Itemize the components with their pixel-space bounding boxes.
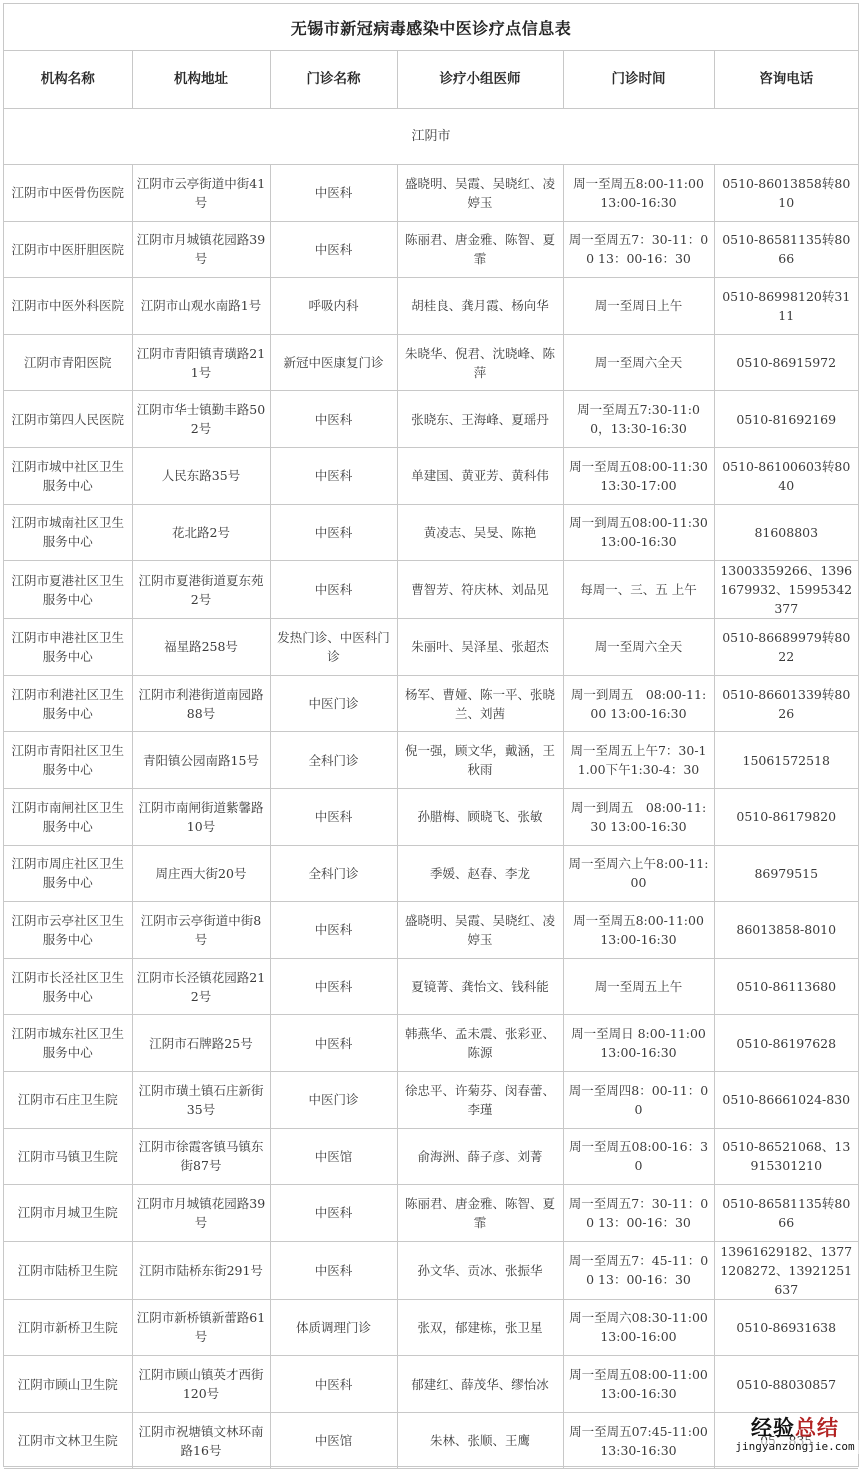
cell-institution-address: 江阴市璜土镇石庄新街35号: [132, 1071, 270, 1128]
cell-institution-name: 江阴市陆桥卫生院: [4, 1241, 132, 1299]
cell-phone: 0510-86197628: [714, 1015, 858, 1072]
header-institution-address: 机构地址: [132, 51, 270, 109]
cell-clinic-hours: 周一至周六上午8:00-11:00: [563, 845, 714, 902]
cell-institution-name: 江阴市石庄卫生院: [4, 1071, 132, 1128]
cell-clinic-name: 中医门诊: [270, 675, 397, 732]
cell-institution-name: 江阴市长泾社区卫生服务中心: [4, 958, 132, 1015]
cell-doctors: 盛晓明、吴霞、吴晓红、凌婷玉: [397, 165, 563, 222]
table-row: 江阴市青阳社区卫生服务中心青阳镇公园南路15号全科门诊倪一强，顾文华，戴涵，王秋…: [4, 732, 858, 789]
cell-institution-name: 江阴市青阳社区卫生服务中心: [4, 732, 132, 789]
cell-phone: 0510-88030857: [714, 1356, 858, 1413]
cell-doctors: 张晓东、王海峰、夏瑶丹: [397, 391, 563, 448]
cell-clinic-name: 中医馆: [270, 1412, 397, 1469]
cell-institution-name: 江阴市青阳医院: [4, 334, 132, 391]
cell-clinic-hours: 周一至周五上午7：30-11.00下午1:30-4：30: [563, 732, 714, 789]
cell-institution-address: 周庄西大街20号: [132, 845, 270, 902]
cell-clinic-hours: 周一到周五 08:00-11:30 13:00-16:30: [563, 788, 714, 845]
header-doctors: 诊疗小组医师: [397, 51, 563, 109]
cell-institution-address: 江阴市南闸街道紫馨路10号: [132, 788, 270, 845]
cell-institution-name: 江阴市云亭社区卫生服务中心: [4, 902, 132, 959]
cell-clinic-name: 全科门诊: [270, 845, 397, 902]
cell-clinic-hours: 周一至周四8：00-11：00: [563, 1071, 714, 1128]
cell-phone: 0510-86931638: [714, 1299, 858, 1356]
cell-clinic-hours: 周一至周五7:30-11:00，13:30-16:30: [563, 391, 714, 448]
cell-clinic-name: 中医科: [270, 1015, 397, 1072]
cell-institution-name: 江阴市第四人民医院: [4, 391, 132, 448]
cell-doctors: 朱林、张顺、王鹰: [397, 1412, 563, 1469]
cell-clinic-name: 中医科: [270, 504, 397, 561]
table-row: 江阴市利港社区卫生服务中心江阴市利港街道南园路88号中医门诊杨军、曹娅、陈一平、…: [4, 675, 858, 732]
cell-doctors: 朱丽叶、吴泽星、张超杰: [397, 619, 563, 676]
table-row: 江阴市中医外科医院江阴市山观水南路1号呼吸内科胡桂良、龚月霞、杨向华周一至周日上…: [4, 278, 858, 335]
cell-institution-address: 江阴市夏港街道夏东苑2号: [132, 561, 270, 619]
cell-doctors: 倪一强，顾文华，戴涵，王秋雨: [397, 732, 563, 789]
cell-institution-address: 江阴市云亭街道中街8号: [132, 902, 270, 959]
cell-doctors: 黄凌志、吴旻、陈艳: [397, 504, 563, 561]
cell-institution-address: 江阴市顾山镇英才西街120号: [132, 1356, 270, 1413]
cell-clinic-name: 中医科: [270, 221, 397, 278]
cell-doctors: 俞海洲、薛子彦、刘菁: [397, 1128, 563, 1185]
header-institution-name: 机构名称: [4, 51, 132, 109]
cell-doctors: 韩燕华、孟未震、张彩亚、陈源: [397, 1015, 563, 1072]
header-row: 机构名称 机构地址 门诊名称 诊疗小组医师 门诊时间 咨询电话: [4, 51, 858, 109]
cell-doctors: 徐忠平、许菊芬、闵春蕾、李瑾: [397, 1071, 563, 1128]
cell-doctors: 陈丽君、唐金雅、陈智、夏霏: [397, 1185, 563, 1242]
cell-phone: 13961629182、13771208272、13921251637: [714, 1241, 858, 1299]
table-row: 江阴市南闸社区卫生服务中心江阴市南闸街道紫馨路10号中医科孙腊梅、顾晓飞、张敏周…: [4, 788, 858, 845]
cell-doctors: 季媛、赵春、李龙: [397, 845, 563, 902]
cell-institution-name: 江阴市夏港社区卫生服务中心: [4, 561, 132, 619]
cell-institution-name: 江阴市城南社区卫生服务中心: [4, 504, 132, 561]
cell-clinic-name: 呼吸内科: [270, 278, 397, 335]
cell-institution-address: 江阴市月城镇花园路39号: [132, 1185, 270, 1242]
cell-clinic-name: 中医科: [270, 1241, 397, 1299]
cell-institution-address: 人民东路35号: [132, 447, 270, 504]
table-row: 江阴市月城卫生院江阴市月城镇花园路39号中医科陈丽君、唐金雅、陈智、夏霏周一至周…: [4, 1185, 858, 1242]
cell-doctors: 孙腊梅、顾晓飞、张敏: [397, 788, 563, 845]
cell-institution-address: 江阴市祝塘镇文林环南路16号: [132, 1412, 270, 1469]
cell-institution-name: 江阴市南闸社区卫生服务中心: [4, 788, 132, 845]
cell-clinic-name: 全科门诊: [270, 732, 397, 789]
cell-phone: 0510-86100603转8040: [714, 447, 858, 504]
cell-clinic-name: 中医门诊: [270, 1071, 397, 1128]
table-row: 江阴市城中社区卫生服务中心人民东路35号中医科单建国、黄亚芳、黄科伟周一至周五0…: [4, 447, 858, 504]
cell-phone: 0510-86581135转8066: [714, 1185, 858, 1242]
cell-phone: 0510-86915972: [714, 334, 858, 391]
cell-clinic-name: 中医科: [270, 902, 397, 959]
cell-institution-address: 江阴市月城镇花园路39号: [132, 221, 270, 278]
cell-doctors: 曹智芳、符庆林、刘品见: [397, 561, 563, 619]
cell-institution-name: 江阴市文林卫生院: [4, 1412, 132, 1469]
cell-doctors: 夏镜菁、龚怡文、钱科能: [397, 958, 563, 1015]
cell-clinic-hours: 周一至周五08:00-16：30: [563, 1128, 714, 1185]
cell-phone: 0510-86601339转8026: [714, 675, 858, 732]
cell-phone: 0510-86581135转8066: [714, 221, 858, 278]
document-title: 无锡市新冠病毒感染中医诊疗点信息表: [4, 4, 858, 51]
cell-institution-name: 江阴市城东社区卫生服务中心: [4, 1015, 132, 1072]
cell-institution-name: 江阴市利港社区卫生服务中心: [4, 675, 132, 732]
cell-institution-address: 花北路2号: [132, 504, 270, 561]
cell-phone: 0510-86113680: [714, 958, 858, 1015]
cell-institution-address: 江阴市青阳镇青璜路211号: [132, 334, 270, 391]
table-row: 江阴市城南社区卫生服务中心花北路2号中医科黄凌志、吴旻、陈艳周一到周五08:00…: [4, 504, 858, 561]
cell-clinic-name: 中医科: [270, 958, 397, 1015]
info-sheet: 无锡市新冠病毒感染中医诊疗点信息表 机构名称 机构地址 门诊名称 诊疗小组医师 …: [3, 3, 859, 1467]
cell-phone: 0510-86521068、13915301210: [714, 1128, 858, 1185]
table-row: 江阴市第四人民医院江阴市华士镇勤丰路502号中医科张晓东、王海峰、夏瑶丹周一至周…: [4, 391, 858, 448]
cell-clinic-name: 中医馆: [270, 1128, 397, 1185]
cell-clinic-name: 中医科: [270, 1356, 397, 1413]
cell-institution-name: 江阴市周庄社区卫生服务中心: [4, 845, 132, 902]
cell-clinic-hours: 周一到周五08:00-11:30 13:00-16:30: [563, 504, 714, 561]
cell-institution-name: 江阴市申港社区卫生服务中心: [4, 619, 132, 676]
cell-phone: 81608803: [714, 504, 858, 561]
cell-clinic-name: 新冠中医康复门诊: [270, 334, 397, 391]
table-row: 江阴市云亭社区卫生服务中心江阴市云亭街道中街8号中医科盛晓明、吴霞、吴晓红、凌婷…: [4, 902, 858, 959]
cell-phone: 0510-86661024-830: [714, 1071, 858, 1128]
cell-clinic-name: 体质调理门诊: [270, 1299, 397, 1356]
cell-phone: 0510-81692169: [714, 391, 858, 448]
cell-institution-address: 青阳镇公园南路15号: [132, 732, 270, 789]
table-row: 江阴市新桥卫生院江阴市新桥镇新蕾路61号体质调理门诊张双，郁建栋，张卫星周一至周…: [4, 1299, 858, 1356]
table-row: 江阴市长泾社区卫生服务中心江阴市长泾镇花园路212号中医科夏镜菁、龚怡文、钱科能…: [4, 958, 858, 1015]
cell-phone: 0510-86998120转3111: [714, 278, 858, 335]
cell-institution-address: 江阴市陆桥东街291号: [132, 1241, 270, 1299]
table-row: 江阴市青阳医院江阴市青阳镇青璜路211号新冠中医康复门诊朱晓华、倪君、沈晓峰、陈…: [4, 334, 858, 391]
cell-institution-address: 江阴市新桥镇新蕾路61号: [132, 1299, 270, 1356]
table-row: 江阴市马镇卫生院江阴市徐霞客镇马镇东街87号中医馆俞海洲、薛子彦、刘菁周一至周五…: [4, 1128, 858, 1185]
cell-doctors: 胡桂良、龚月霞、杨向华: [397, 278, 563, 335]
cell-phone: 15061572518: [714, 732, 858, 789]
cell-clinic-hours: 周一至周五08:00-11:30 13:30-17:00: [563, 447, 714, 504]
cell-institution-address: 江阴市长泾镇花园路212号: [132, 958, 270, 1015]
cell-clinic-hours: 周一至周五8:00-11:00 13:00-16:30: [563, 165, 714, 222]
cell-clinic-hours: 周一至周五07:45-11:00 13:30-16:30: [563, 1412, 714, 1469]
table-row: 江阴市陆桥卫生院江阴市陆桥东街291号中医科孙文华、贡冰、张振华周一至周五7：4…: [4, 1241, 858, 1299]
cell-clinic-hours: 周一至周日 8:00-11:00 13:00-16:30: [563, 1015, 714, 1072]
cell-clinic-name: 发热门诊、中医科门诊: [270, 619, 397, 676]
section-row: 江阴市: [4, 109, 858, 165]
cell-institution-name: 江阴市中医肝胆医院: [4, 221, 132, 278]
cell-doctors: 孙文华、贡冰、张振华: [397, 1241, 563, 1299]
cell-institution-address: 江阴市山观水南路1号: [132, 278, 270, 335]
cell-clinic-name: 中医科: [270, 391, 397, 448]
cell-institution-address: 江阴市利港街道南园路88号: [132, 675, 270, 732]
cell-phone: 13003359266、13961679932、15995342377: [714, 561, 858, 619]
cell-institution-name: 江阴市中医外科医院: [4, 278, 132, 335]
table-row: 江阴市顾山卫生院江阴市顾山镇英才西街120号中医科郁建红、薛茂华、缪怡冰周一至周…: [4, 1356, 858, 1413]
cell-institution-address: 江阴市石牌路25号: [132, 1015, 270, 1072]
cell-institution-name: 江阴市城中社区卫生服务中心: [4, 447, 132, 504]
clinic-table: 机构名称 机构地址 门诊名称 诊疗小组医师 门诊时间 咨询电话 江阴市 江阴市中…: [4, 51, 858, 1469]
cell-clinic-hours: 周一到周五 08:00-11:00 13:00-16:30: [563, 675, 714, 732]
cell-clinic-hours: 周一至周五08:00-11:00 13:00-16:30: [563, 1356, 714, 1413]
cell-institution-name: 江阴市新桥卫生院: [4, 1299, 132, 1356]
cell-clinic-hours: 周一至周五上午: [563, 958, 714, 1015]
cell-clinic-hours: 周一至周六全天: [563, 334, 714, 391]
cell-doctors: 盛晓明、吴霞、吴晓红、凌婷玉: [397, 902, 563, 959]
table-row: 江阴市中医肝胆医院江阴市月城镇花园路39号中医科陈丽君、唐金雅、陈智、夏霏周一至…: [4, 221, 858, 278]
cell-phone: 86979515: [714, 845, 858, 902]
cell-phone: 0510-86689979转8022: [714, 619, 858, 676]
table-row: 江阴市夏港社区卫生服务中心江阴市夏港街道夏东苑2号中医科曹智芳、符庆林、刘品见每…: [4, 561, 858, 619]
cell-institution-name: 江阴市月城卫生院: [4, 1185, 132, 1242]
cell-phone: 0510-86013858转8010: [714, 165, 858, 222]
header-phone: 咨询电话: [714, 51, 858, 109]
cell-clinic-hours: 周一至周日上午: [563, 278, 714, 335]
table-row: 江阴市周庄社区卫生服务中心周庄西大街20号全科门诊季媛、赵春、李龙周一至周六上午…: [4, 845, 858, 902]
header-clinic-name: 门诊名称: [270, 51, 397, 109]
header-clinic-hours: 门诊时间: [563, 51, 714, 109]
cell-doctors: 陈丽君、唐金雅、陈智、夏霏: [397, 221, 563, 278]
cell-institution-address: 江阴市华士镇勤丰路502号: [132, 391, 270, 448]
cell-institution-address: 江阴市徐霞客镇马镇东街87号: [132, 1128, 270, 1185]
cell-doctors: 张双，郁建栋，张卫星: [397, 1299, 563, 1356]
table-row: 江阴市文林卫生院江阴市祝塘镇文林环南路16号中医馆朱林、张顺、王鹰周一至周五07…: [4, 1412, 858, 1469]
cell-doctors: 单建国、黄亚芳、黄科伟: [397, 447, 563, 504]
cell-clinic-hours: 周一至周六08:30-11:00 13:00-16:00: [563, 1299, 714, 1356]
cell-phone: 86013858-8010: [714, 902, 858, 959]
cell-institution-name: 江阴市中医骨伤医院: [4, 165, 132, 222]
cell-clinic-name: 中医科: [270, 165, 397, 222]
table-row: 江阴市申港社区卫生服务中心福星路258号发热门诊、中医科门诊朱丽叶、吴泽星、张超…: [4, 619, 858, 676]
cell-institution-address: 江阴市云亭街道中街41号: [132, 165, 270, 222]
table-row: 江阴市中医骨伤医院江阴市云亭街道中街41号中医科盛晓明、吴霞、吴晓红、凌婷玉周一…: [4, 165, 858, 222]
cell-phone: 05…835: [714, 1412, 858, 1469]
section-label: 江阴市: [4, 109, 858, 165]
cell-doctors: 郁建红、薛茂华、缪怡冰: [397, 1356, 563, 1413]
cell-institution-name: 江阴市马镇卫生院: [4, 1128, 132, 1185]
cell-institution-address: 福星路258号: [132, 619, 270, 676]
cell-doctors: 朱晓华、倪君、沈晓峰、陈萍: [397, 334, 563, 391]
cell-clinic-name: 中医科: [270, 561, 397, 619]
cell-phone: 0510-86179820: [714, 788, 858, 845]
table-row: 江阴市石庄卫生院江阴市璜土镇石庄新街35号中医门诊徐忠平、许菊芬、闵春蕾、李瑾周…: [4, 1071, 858, 1128]
cell-clinic-hours: 周一至周五7：45-11：00 13：00-16：30: [563, 1241, 714, 1299]
cell-clinic-hours: 周一至周五7：30-11：00 13：00-16：30: [563, 1185, 714, 1242]
cell-clinic-hours: 周一至周六全天: [563, 619, 714, 676]
cell-clinic-hours: 周一至周五8:00-11:00 13:00-16:30: [563, 902, 714, 959]
cell-clinic-name: 中医科: [270, 447, 397, 504]
cell-clinic-name: 中医科: [270, 1185, 397, 1242]
cell-institution-name: 江阴市顾山卫生院: [4, 1356, 132, 1413]
cell-clinic-hours: 每周一、三、五 上午: [563, 561, 714, 619]
cell-clinic-hours: 周一至周五7：30-11：00 13：00-16：30: [563, 221, 714, 278]
cell-doctors: 杨军、曹娅、陈一平、张晓兰、刘茜: [397, 675, 563, 732]
cell-clinic-name: 中医科: [270, 788, 397, 845]
table-row: 江阴市城东社区卫生服务中心江阴市石牌路25号中医科韩燕华、孟未震、张彩亚、陈源周…: [4, 1015, 858, 1072]
